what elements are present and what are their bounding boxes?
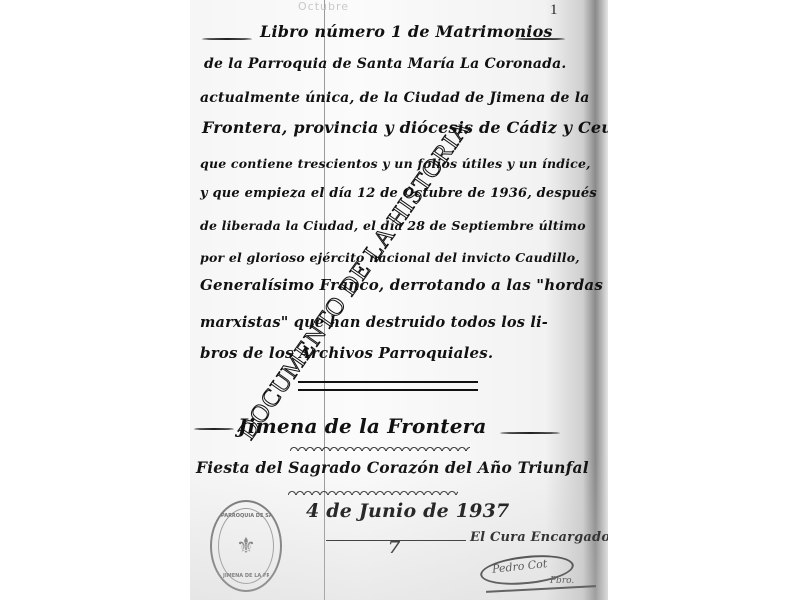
parish-seal: PARROQUIA DE SANTA MARIA LA CORONADA ⚜ J… xyxy=(210,500,282,592)
seal-text-bottom: JIMENA DE LA FRONTERA xyxy=(223,573,269,579)
double-rule-top xyxy=(298,381,478,383)
page-number: 1 xyxy=(550,2,558,19)
heading-flourish-left xyxy=(194,428,234,430)
heading-flourish-right xyxy=(500,432,560,434)
signature-title: El Cura Encargado xyxy=(470,530,608,545)
body-line-4: que contiene trescientos y un folios úti… xyxy=(200,156,591,171)
date-line: 4 de Junio de 1937 xyxy=(306,500,509,522)
title-line: Libro número 1 de Matrimonios xyxy=(260,22,553,41)
separator-mark: 7 xyxy=(388,537,401,558)
feast-line: Fiesta del Sagrado Corazón del Año Triun… xyxy=(196,458,589,477)
document-page: Octubre 1 Libro número 1 de Matrimonios … xyxy=(190,0,608,600)
body-line-2: actualmente única, de la Ciudad de Jimen… xyxy=(200,90,590,106)
body-line-8: Generalísimo Franco, derrotando a las "h… xyxy=(200,276,603,294)
heading-underline xyxy=(290,445,470,451)
seal-text-top: PARROQUIA DE SANTA MARIA LA CORONADA xyxy=(221,513,271,519)
title-flourish-left xyxy=(202,38,252,40)
signature-sub: Pbro. xyxy=(550,576,574,586)
monogram-emblem-icon: ⚜ xyxy=(236,534,256,559)
feast-underline xyxy=(288,489,458,495)
faint-stamp: Octubre xyxy=(298,0,349,13)
body-line-9: marxistas" que han destruido todos los l… xyxy=(200,314,548,331)
signature-underline xyxy=(486,585,596,593)
seal-inner-ring: PARROQUIA DE SANTA MARIA LA CORONADA ⚜ J… xyxy=(218,508,274,584)
title-flourish-right xyxy=(515,38,565,40)
body-line-10: bros de los Archivos Parroquiales. xyxy=(200,344,493,362)
body-line-3: Frontera, provincia y diócesis de Cádiz … xyxy=(202,118,608,137)
body-line-1: de la Parroquia de Santa María La Corona… xyxy=(204,56,567,72)
double-rule-bottom xyxy=(298,389,478,391)
